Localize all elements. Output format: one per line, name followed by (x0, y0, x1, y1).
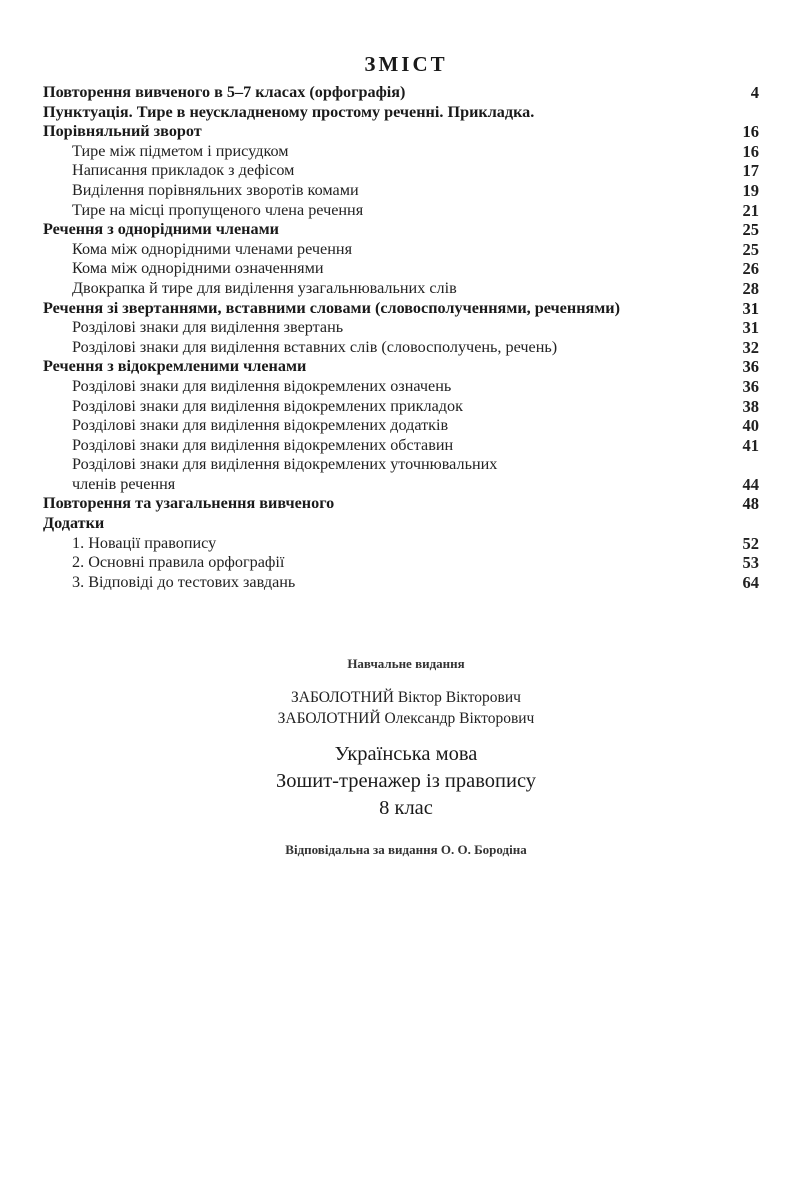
toc-entry-text: Розділові знаки для виділення відокремле… (72, 436, 453, 454)
toc-subsection: Розділові знаки для виділення відокремле… (43, 397, 759, 417)
toc-subsection: Написання прикладок з дефісом17 (43, 161, 759, 181)
toc-subsection: Розділові знаки для виділення відокремле… (43, 416, 759, 436)
toc-entry-text: Написання прикладок з дефісом (72, 161, 294, 179)
toc-entry-text: Розділові знаки для виділення відокремле… (72, 455, 497, 473)
author-name: ЗАБОЛОТНИЙ Віктор Вікторович (0, 689, 812, 707)
toc-entry-text: 1. Новації правопису (72, 534, 216, 552)
toc-entry-text: Виділення порівняльних зворотів комами (72, 181, 359, 199)
table-of-contents: Повторення вивченого в 5–7 класах (орфог… (43, 83, 759, 592)
toc-subsection: Тире між підметом і присудком16 (43, 142, 759, 162)
toc-subsection: Кома між однорідними членами речення25 (43, 240, 759, 260)
toc-page-number: 28 (743, 279, 760, 299)
toc-section: Пунктуація. Тире в неускладненому просто… (43, 103, 759, 123)
toc-entry-text: Розділові знаки для виділення звертань (72, 318, 343, 336)
toc-page-number: 31 (743, 299, 760, 319)
edition-type: Навчальне видання (0, 656, 812, 672)
toc-page-number: 52 (743, 534, 760, 554)
toc-entry-text: Порівняльний зворот (43, 122, 202, 140)
document-page: ЗМІСТ Повторення вивченого в 5–7 класах … (0, 0, 812, 1200)
toc-page-number: 64 (743, 573, 760, 593)
toc-entry-text: Розділові знаки для виділення вставних с… (72, 338, 557, 356)
toc-subsection: членів речення44 (43, 475, 759, 495)
toc-subsection: 1. Новації правопису52 (43, 534, 759, 554)
toc-page-number: 48 (743, 494, 760, 514)
toc-subsection: Кома між однорідними означеннями26 (43, 259, 759, 279)
toc-page-number: 36 (743, 377, 760, 397)
toc-page-number: 40 (743, 416, 760, 436)
toc-section: Речення зі звертаннями, вставними словам… (43, 299, 759, 319)
toc-section: Додатки (43, 514, 759, 534)
toc-entry-text: Розділові знаки для виділення відокремле… (72, 397, 463, 415)
toc-entry-text: 3. Відповіді до тестових завдань (72, 573, 295, 591)
toc-page-number: 32 (743, 338, 760, 358)
toc-page-number: 16 (743, 142, 760, 162)
toc-subsection: 3. Відповіді до тестових завдань64 (43, 573, 759, 593)
toc-subsection: Двокрапка й тире для виділення узагальню… (43, 279, 759, 299)
toc-subsection: Розділові знаки для виділення відокремле… (43, 455, 759, 475)
toc-page-number: 21 (743, 201, 760, 221)
book-subtitle: Зошит-тренажер із правопису (0, 770, 812, 793)
toc-page-number: 26 (743, 259, 760, 279)
toc-page-number: 17 (743, 161, 760, 181)
toc-entry-text: Кома між однорідними членами речення (72, 240, 352, 258)
toc-subsection: Тире на місці пропущеного члена речення2… (43, 201, 759, 221)
toc-section: Повторення вивченого в 5–7 класах (орфог… (43, 83, 759, 103)
toc-subsection: Розділові знаки для виділення вставних с… (43, 338, 759, 358)
toc-page-number: 16 (743, 122, 760, 142)
toc-page-number: 19 (743, 181, 760, 201)
toc-page-number: 44 (743, 475, 760, 495)
toc-entry-text: Додатки (43, 514, 104, 532)
toc-page-number: 41 (743, 436, 760, 456)
toc-subsection: Розділові знаки для виділення звертань31 (43, 318, 759, 338)
toc-entry-text: Двокрапка й тире для виділення узагальню… (72, 279, 457, 297)
toc-entry-text: членів речення (72, 475, 175, 493)
toc-entry-text: Тире між підметом і присудком (72, 142, 289, 160)
toc-title: ЗМІСТ (0, 52, 812, 77)
toc-entry-text: Розділові знаки для виділення відокремле… (72, 377, 451, 395)
toc-subsection: Розділові знаки для виділення відокремле… (43, 436, 759, 456)
toc-page-number: 31 (743, 318, 760, 338)
toc-page-number: 4 (751, 83, 759, 103)
toc-entry-text: Тире на місці пропущеного члена речення (72, 201, 363, 219)
toc-entry-text: Розділові знаки для виділення відокремле… (72, 416, 448, 434)
toc-entry-text: Кома між однорідними означеннями (72, 259, 324, 277)
toc-section: Повторення та узагальнення вивченого48 (43, 494, 759, 514)
book-title: Українська мова (0, 743, 812, 766)
toc-subsection: 2. Основні правила орфографії53 (43, 553, 759, 573)
toc-entry-text: Пунктуація. Тире в неускладненому просто… (43, 103, 534, 121)
toc-page-number: 38 (743, 397, 760, 417)
toc-section: Речення з однорідними членами25 (43, 220, 759, 240)
responsible-editor: Відповідальна за видання О. О. Бородіна (0, 842, 812, 858)
toc-page-number: 25 (743, 240, 760, 260)
toc-entry-text: 2. Основні правила орфографії (72, 553, 284, 571)
toc-page-number: 53 (743, 553, 760, 573)
toc-page-number: 36 (743, 357, 760, 377)
toc-entry-text: Повторення та узагальнення вивченого (43, 494, 334, 512)
toc-section: Речення з відокремленими членами36 (43, 357, 759, 377)
toc-subsection: Розділові знаки для виділення відокремле… (43, 377, 759, 397)
author-name: ЗАБОЛОТНИЙ Олександр Вікторович (0, 710, 812, 728)
toc-entry-text: Речення з відокремленими членами (43, 357, 306, 375)
toc-subsection: Виділення порівняльних зворотів комами19 (43, 181, 759, 201)
book-grade: 8 клас (0, 797, 812, 820)
toc-section: Порівняльний зворот16 (43, 122, 759, 142)
toc-entry-text: Повторення вивченого в 5–7 класах (орфог… (43, 83, 405, 101)
toc-entry-text: Речення з однорідними членами (43, 220, 279, 238)
toc-page-number: 25 (743, 220, 760, 240)
toc-entry-text: Речення зі звертаннями, вставними словам… (43, 299, 620, 317)
